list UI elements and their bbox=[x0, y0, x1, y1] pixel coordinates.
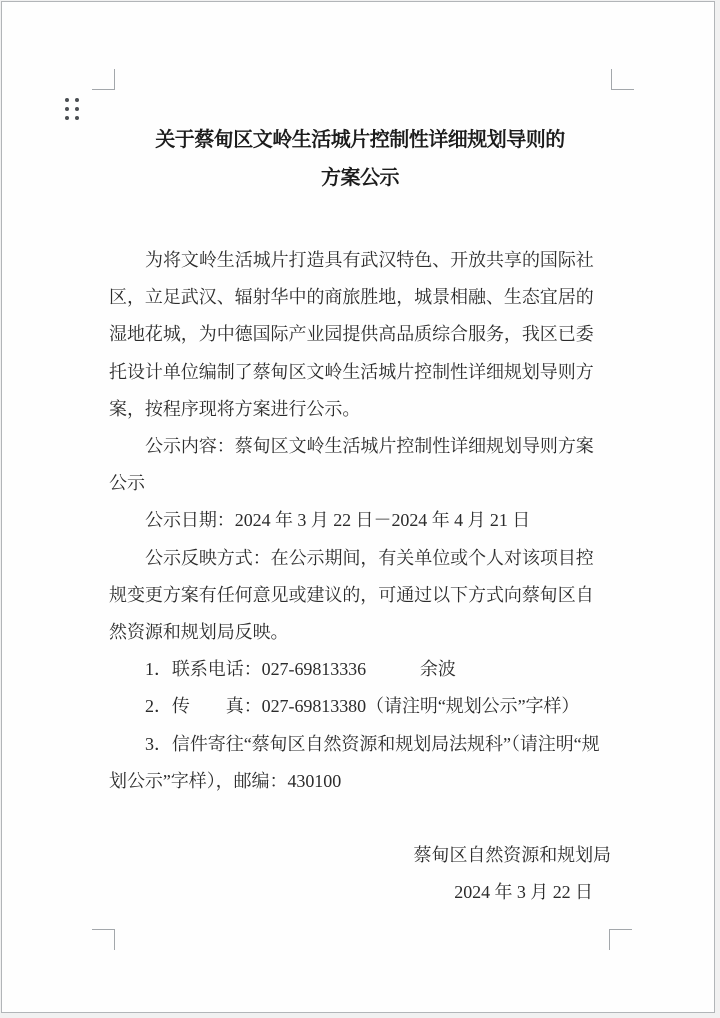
document-title-line2: 方案公示 bbox=[109, 159, 611, 197]
document-title-line1: 关于蔡甸区文岭生活城片控制性详细规划导则的 bbox=[109, 121, 611, 159]
drag-handle-icon[interactable] bbox=[65, 98, 79, 121]
crop-mark-bottom-left bbox=[92, 929, 115, 950]
signature-block: 蔡甸区自然资源和规划局 2024 年 3 月 22 日 bbox=[109, 837, 611, 911]
document-title: 关于蔡甸区文岭生活城片控制性详细规划导则的 方案公示 bbox=[109, 121, 611, 197]
paragraph-notice-content: 公示内容：蔡甸区文岭生活城片控制性详细规划导则方案公示 bbox=[109, 428, 611, 502]
crop-mark-top-left bbox=[92, 69, 115, 90]
list-item-phone: 1．联系电话：027-69813336 余波 bbox=[109, 651, 611, 688]
signature-date: 2024 年 3 月 22 日 bbox=[109, 874, 611, 911]
document-page: 关于蔡甸区文岭生活城片控制性详细规划导则的 方案公示 为将文岭生活城片打造具有武… bbox=[1, 1, 715, 1013]
paragraph-notice-dates: 公示日期：2024 年 3 月 22 日－2024 年 4 月 21 日 bbox=[109, 502, 611, 539]
signature-agency: 蔡甸区自然资源和规划局 bbox=[109, 837, 611, 874]
document-content: 关于蔡甸区文岭生活城片控制性详细规划导则的 方案公示 为将文岭生活城片打造具有武… bbox=[109, 121, 611, 912]
list-item-fax: 2．传 真：027-69813380（请注明“规划公示”字样） bbox=[109, 688, 611, 725]
crop-mark-top-right bbox=[611, 69, 634, 90]
list-item-mail: 3．信件寄往“蔡甸区自然资源和规划局法规科”（请注明“规划公示”字样），邮编：4… bbox=[109, 726, 611, 800]
crop-mark-bottom-right bbox=[609, 929, 632, 950]
paragraph-intro: 为将文岭生活城片打造具有武汉特色、开放共享的国际社区，立足武汉、辐射华中的商旅胜… bbox=[109, 242, 611, 428]
paragraph-feedback-method: 公示反映方式：在公示期间，有关单位或个人对该项目控规变更方案有任何意见或建议的，… bbox=[109, 540, 611, 652]
